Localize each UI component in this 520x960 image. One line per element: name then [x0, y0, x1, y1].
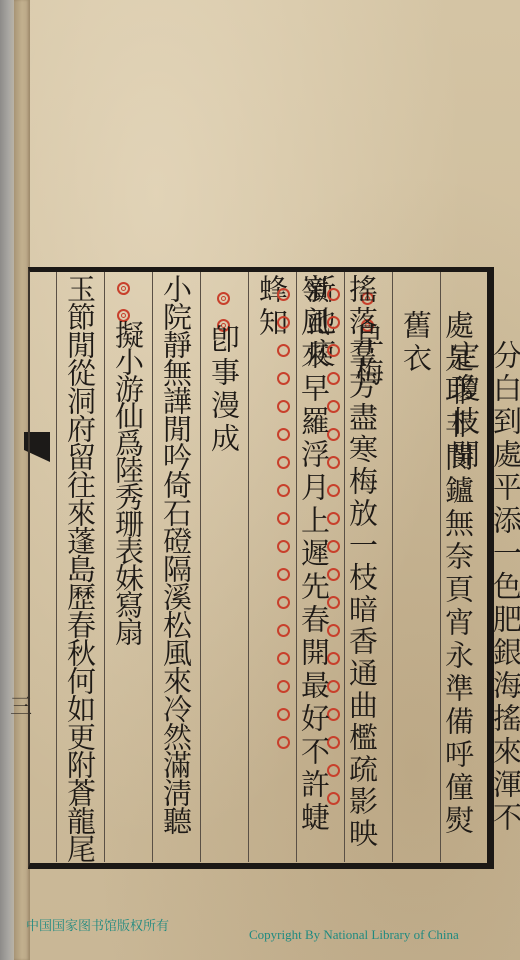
text-column-5: 嶺風來早羅浮月上遲先春開最好不許蜨蜂知 — [248, 272, 296, 862]
emphasis-circles — [277, 288, 295, 749]
poem-title: 擬小游仙爲陸秀珊表妹寫扇 — [107, 320, 149, 644]
text-column-8: 擬小游仙爲陸秀珊表妹寫扇 — [104, 272, 152, 862]
red-circle-icon — [277, 596, 290, 609]
text-column-7: 小院靜無譁閒吟倚石磴隔溪松風來冷然滿淸聽 — [152, 272, 200, 862]
red-circle-icon — [217, 292, 230, 305]
red-circle-icon — [277, 316, 290, 329]
watermark-en: Copyright By National Library of China — [249, 927, 459, 943]
red-circle-icon — [277, 484, 290, 497]
column-text: 玉節閒從洞府留往來蓬島歷春秋何如更附蒼龍尾 — [59, 274, 101, 862]
poem-title: 卽事漫成 — [203, 324, 245, 456]
red-circle-icon — [277, 736, 290, 749]
watermark-cn: 中国国家图书馆版权所有 — [26, 915, 169, 934]
red-circle-icon — [277, 288, 290, 301]
red-circle-icon — [117, 282, 130, 295]
red-circle-icon — [277, 652, 290, 665]
red-circle-icon — [277, 624, 290, 637]
column-text: 處是耶非閬鑪無奈頁宵永準備呼僮熨舊衣 — [395, 310, 479, 862]
red-circle-icon — [277, 372, 290, 385]
red-circle-icon — [277, 680, 290, 693]
red-circle-icon — [277, 344, 290, 357]
text-column-2: 處是耶非閬鑪無奈頁宵永準備呼僮熨舊衣 — [392, 272, 440, 862]
red-circle-icon — [277, 512, 290, 525]
punctuation-circles — [117, 282, 135, 322]
red-circle-icon — [277, 428, 290, 441]
text-column-9: 玉節閒從洞府留往來蓬島歷春秋何如更附蒼龍尾 — [56, 272, 104, 862]
text-column-6: 卽事漫成 — [200, 272, 248, 862]
column-text: 小院靜無譁閒吟倚石磴隔溪松風來冷然滿淸聽 — [155, 274, 197, 834]
red-circle-icon — [277, 708, 290, 721]
red-circle-icon — [277, 540, 290, 553]
red-circle-icon — [277, 400, 290, 413]
red-circle-icon — [277, 568, 290, 581]
book-spine — [0, 0, 14, 960]
red-circle-icon — [277, 456, 290, 469]
